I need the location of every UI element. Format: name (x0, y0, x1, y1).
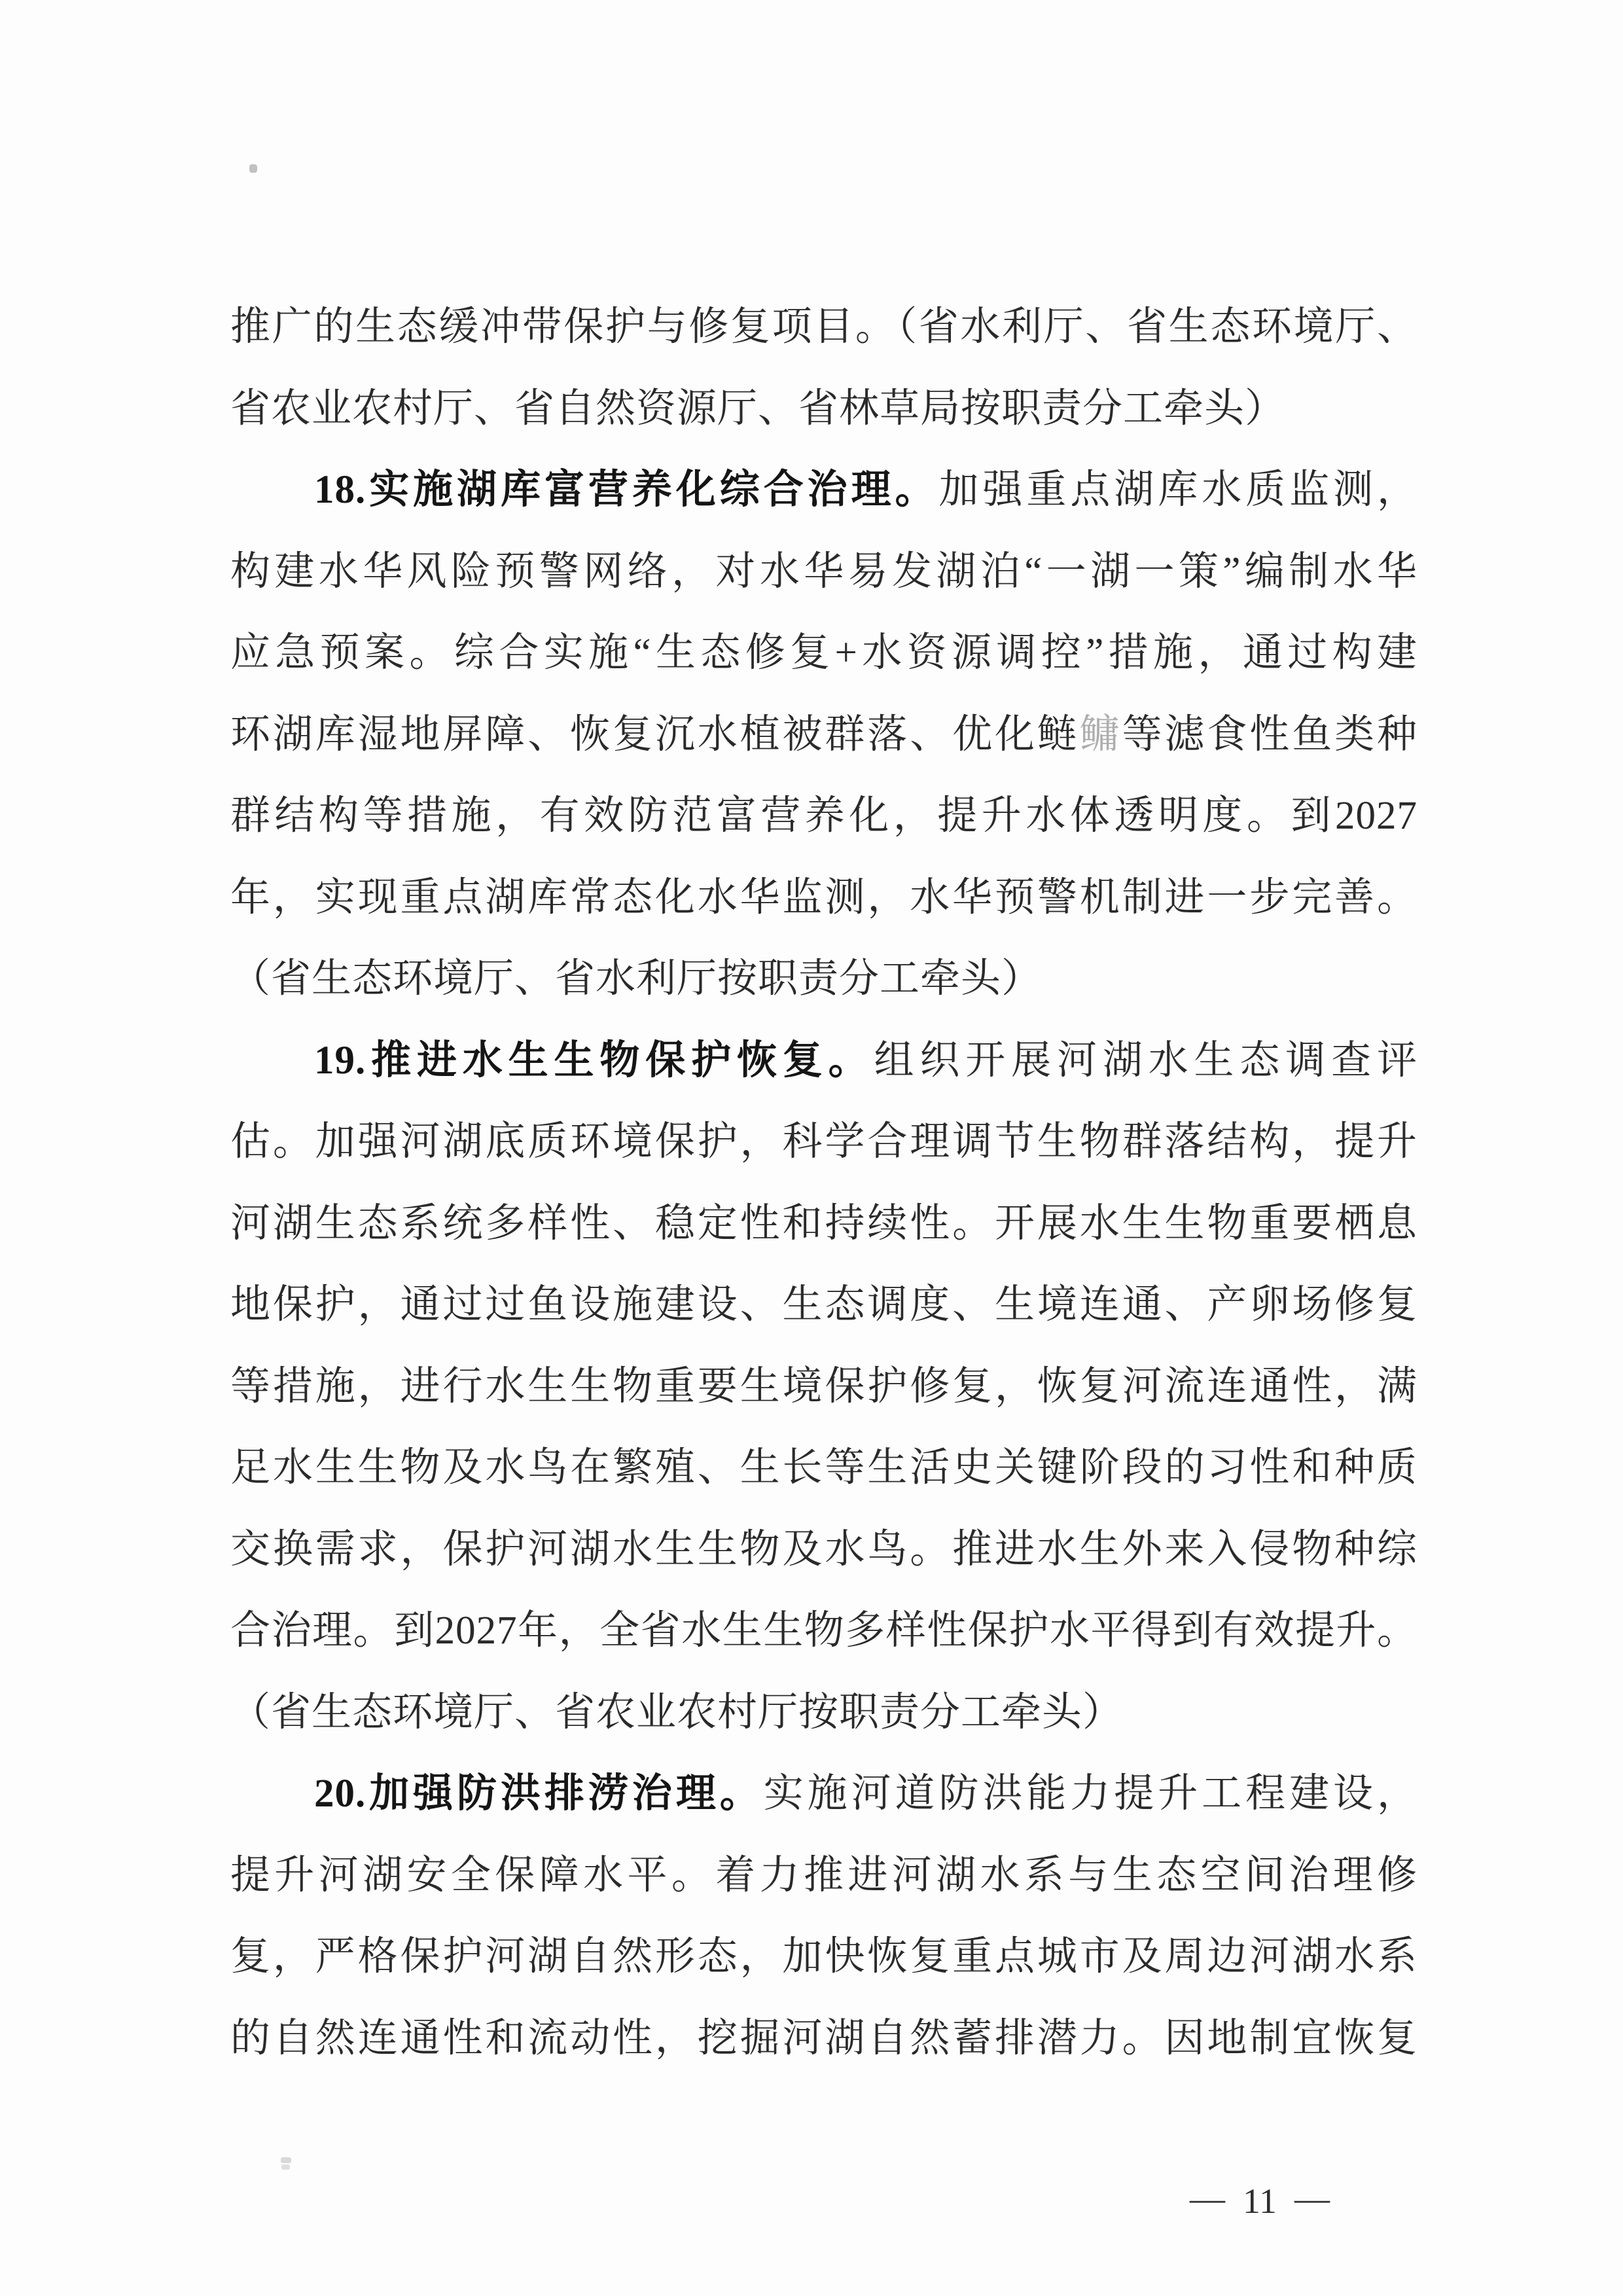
line-text: 组织开展河湖水生态调查评 (874, 1039, 1418, 1083)
line-text: 环湖库湿地屏障、恢复沉水植被群落、优化鲢 (230, 713, 1080, 757)
faded-character: 鳙 (1080, 713, 1122, 757)
text-line: 合治理。到2027年，全省水生生物多样性保护水平得到有效提升。 (230, 1590, 1418, 1672)
text-line-paragraph-end: 省农业农村厅、省自然资源厅、省林草局按职责分工牵头） (230, 368, 1418, 450)
line-text: 河湖生态系统多样性、稳定性和持续性。开展水生生物重要栖息 (230, 1202, 1418, 1246)
footer-dash-left: — (1190, 2178, 1225, 2219)
text-line: 河湖生态系统多样性、稳定性和持续性。开展水生生物重要栖息 (230, 1183, 1418, 1265)
line-text: （省生态环境厅、省农业农村厅按职责分工牵头） (230, 1691, 1123, 1734)
text-line: 交换需求，保护河湖水生生物及水鸟。推进水生外来入侵物种综 (230, 1509, 1418, 1591)
footer-dash-right: — (1294, 2178, 1330, 2219)
text-line-item-18-start: 18.实施湖库富营养化综合治理。加强重点湖库水质监测， (230, 450, 1418, 531)
text-line-paragraph-end: （省生态环境厅、省农业农村厅按职责分工牵头） (230, 1672, 1418, 1754)
text-line: 足水生生物及水鸟在繁殖、生长等生活史关键阶段的习性和种质 (230, 1427, 1418, 1509)
line-text: 交换需求，保护河湖水生生物及水鸟。推进水生外来入侵物种综 (230, 1528, 1418, 1571)
text-line-continuation: 推广的生态缓冲带保护与修复项目。（省水利厅、省生态环境厅、 (230, 287, 1418, 368)
document-page: 推广的生态缓冲带保护与修复项目。（省水利厅、省生态环境厅、 省农业农村厅、省自然… (0, 0, 1623, 2296)
line-text: 等措施，进行水生生物重要生境保护修复，恢复河流连通性，满 (230, 1365, 1418, 1408)
scan-artifact-smudge (281, 2157, 291, 2163)
text-line-paragraph-end: （省生态环境厅、省水利厅按职责分工牵头） (230, 939, 1418, 1020)
line-text: 应急预案。综合实施“生态修复+水资源调控”措施，通过构建 (230, 631, 1418, 675)
text-line: 的自然连通性和流动性，挖掘河湖自然蓄排潜力。因地制宜恢复 (230, 1998, 1418, 2080)
text-line-item-20-start: 20.加强防洪排涝治理。实施河道防洪能力提升工程建设， (230, 1753, 1418, 1835)
text-line: 估。加强河湖底质环境保护，科学合理调节生物群落结构，提升 (230, 1102, 1418, 1183)
text-line: 构建水华风险预警网络，对水华易发湖泊“一湖一策”编制水华 (230, 531, 1418, 613)
line-text: （省生态环境厅、省水利厅按职责分工牵头） (230, 957, 1042, 1001)
line-text: 等滤食性鱼类种 (1122, 713, 1418, 757)
text-line: 复，严格保护河湖自然形态，加快恢复重点城市及周边河湖水系 (230, 1916, 1418, 1998)
line-text: 复，严格保护河湖自然形态，加快恢复重点城市及周边河湖水系 (230, 1935, 1418, 1979)
text-line: 应急预案。综合实施“生态修复+水资源调控”措施，通过构建 (230, 613, 1418, 694)
line-text: 构建水华风险预警网络，对水华易发湖泊“一湖一策”编制水华 (230, 550, 1418, 594)
page-number: 11 (1243, 2181, 1277, 2221)
line-text: 加强重点湖库水质监测， (939, 468, 1418, 512)
scan-artifact-smudge (281, 2164, 290, 2170)
item-19-heading: 19.推进水生生物保护恢复。 (314, 1039, 874, 1083)
text-line: 群结构等措施，有效防范富营养化，提升水体透明度。到2027 (230, 776, 1418, 857)
text-line-item-19-start: 19.推进水生生物保护恢复。组织开展河湖水生态调查评 (230, 1020, 1418, 1102)
line-text: 地保护，通过过鱼设施建设、生态调度、生境连通、产卵场修复 (230, 1283, 1418, 1327)
item-20-heading: 20.加强防洪排涝治理。 (314, 1772, 764, 1816)
page-footer: — 11 — (1190, 2181, 1330, 2221)
text-line: 等措施，进行水生生物重要生境保护修复，恢复河流连通性，满 (230, 1346, 1418, 1428)
line-text: 省农业农村厅、省自然资源厅、省林草局按职责分工牵头） (230, 387, 1285, 431)
text-line: 地保护，通过过鱼设施建设、生态调度、生境连通、产卵场修复 (230, 1265, 1418, 1346)
text-line: 提升河湖安全保障水平。着力推进河湖水系与生态空间治理修 (230, 1835, 1418, 1917)
body-text-block: 推广的生态缓冲带保护与修复项目。（省水利厅、省生态环境厅、 省农业农村厅、省自然… (230, 287, 1418, 2079)
line-text: 群结构等措施，有效防范富营养化，提升水体透明度。到2027 (230, 794, 1418, 838)
text-line: 年，实现重点湖库常态化水华监测，水华预警机制进一步完善。 (230, 857, 1418, 939)
scan-artifact-dot (249, 164, 257, 173)
line-text: 年，实现重点湖库常态化水华监测，水华预警机制进一步完善。 (230, 876, 1418, 920)
line-text: 估。加强河湖底质环境保护，科学合理调节生物群落结构，提升 (230, 1120, 1418, 1164)
line-text: 推广的生态缓冲带保护与修复项目。（省水利厅、省生态环境厅、 (230, 305, 1418, 349)
text-line: 环湖库湿地屏障、恢复沉水植被群落、优化鲢鳙等滤食性鱼类种 (230, 694, 1418, 776)
item-18-heading: 18.实施湖库富营养化综合治理。 (314, 468, 939, 512)
line-text: 足水生生物及水鸟在繁殖、生长等生活史关键阶段的习性和种质 (230, 1446, 1418, 1490)
line-text: 实施河道防洪能力提升工程建设， (764, 1772, 1418, 1816)
line-text: 合治理。到2027年，全省水生生物多样性保护水平得到有效提升。 (230, 1609, 1418, 1653)
line-text: 提升河湖安全保障水平。着力推进河湖水系与生态空间治理修 (230, 1854, 1418, 1897)
line-text: 的自然连通性和流动性，挖掘河湖自然蓄排潜力。因地制宜恢复 (230, 2017, 1418, 2060)
